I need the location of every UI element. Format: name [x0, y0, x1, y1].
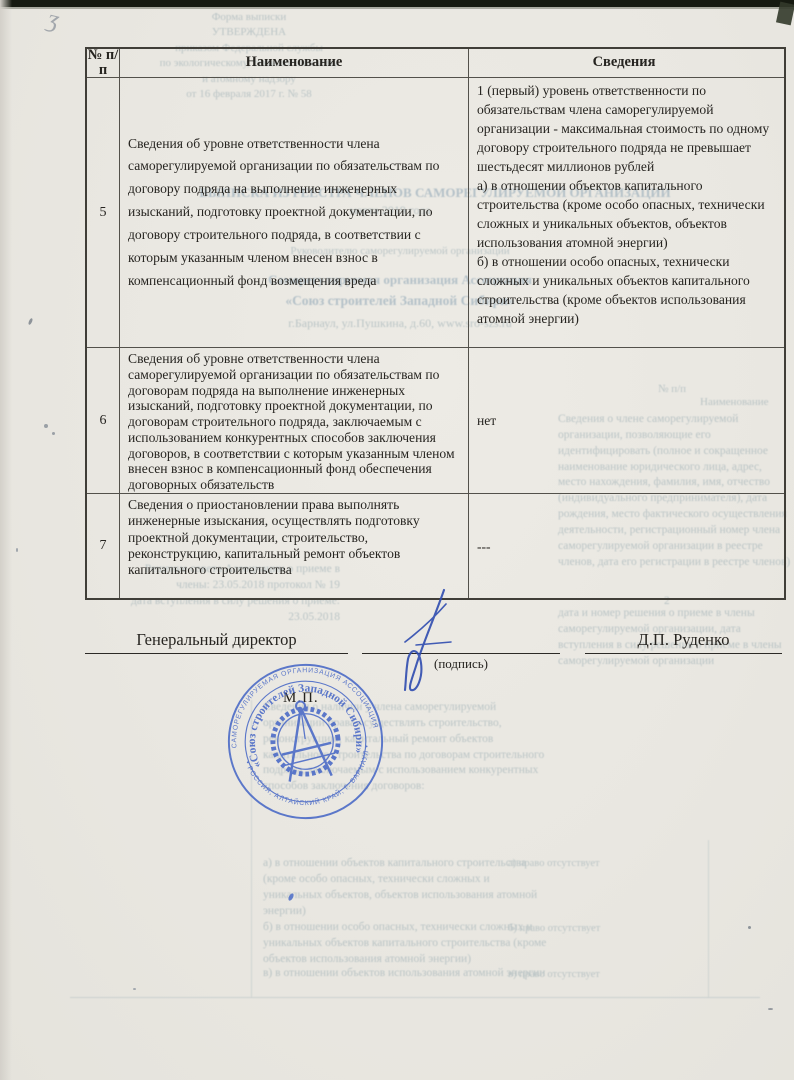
row-number: 6	[87, 348, 120, 494]
signature-rule-right	[585, 653, 782, 654]
stamp-gear-compass-emblem	[268, 697, 343, 783]
row-name: Сведения об уровне ответственности члена…	[120, 348, 469, 494]
header-num: № п/п	[87, 49, 120, 78]
scan-speck	[52, 432, 55, 435]
signature-rule-left	[85, 653, 348, 654]
header-info: Сведения	[469, 49, 784, 78]
bleed-item-a: а) в отношении объектов капитального стр…	[263, 856, 548, 919]
row-name: Сведения об уровне ответственности члена…	[120, 78, 469, 348]
scan-speck	[133, 988, 136, 990]
scan-speck	[16, 548, 18, 552]
row-info: 1 (первый) уровень ответственности по об…	[469, 78, 784, 348]
scan-corner-mark	[776, 2, 794, 26]
signatory-role: Генеральный директор	[85, 630, 348, 650]
registry-extract-table: № п/п Наименование Сведения 5 Сведения о…	[85, 47, 786, 600]
bleed-item-b-value: б) право отсутствует	[508, 923, 638, 934]
bleed-item-v-value: в) право отсутствует	[508, 969, 638, 980]
row-info: ---	[469, 494, 784, 598]
bleed-item-v: в) в отношении объектов использования ат…	[263, 966, 548, 982]
table-row: 5 Сведения об уровне ответственности чле…	[87, 78, 784, 348]
row-number: 5	[87, 78, 120, 348]
row-info: нет	[469, 348, 784, 494]
row-number: 7	[87, 494, 120, 598]
bleed-table-rule	[708, 840, 709, 997]
bleed-table-rule	[70, 997, 760, 998]
row-info-text: нет	[477, 413, 496, 429]
table-header-row: № п/п Наименование Сведения	[87, 49, 784, 78]
table-row: 6 Сведения об уровне ответственности чле…	[87, 348, 784, 494]
round-seal-stamp: САМОРЕГУЛИРУЕМАЯ ОРГАНИЗАЦИЯ АССОЦИАЦИЯ …	[224, 660, 387, 823]
scan-edge-bar-shadow	[0, 7, 794, 9]
handwritten-signature	[372, 582, 492, 697]
scan-speck	[748, 926, 751, 929]
signatory-name: Д.П. Руденко	[585, 630, 782, 650]
row-info-text: ---	[477, 539, 491, 555]
bleed-text: Форма выписки	[146, 10, 352, 25]
scanned-document-page: Форма выписки УТВЕРЖДЕНА приказом Федера…	[0, 0, 794, 1080]
scan-speck	[768, 1008, 773, 1010]
scan-edge-bar	[0, 0, 794, 7]
row-name-text: Сведения об уровне ответственности члена…	[128, 133, 460, 293]
bleed-text: УТВЕРЖДЕНА	[146, 25, 352, 40]
bleed-item-a-value: а) право отсутствует	[508, 858, 638, 869]
scan-speck	[44, 424, 48, 428]
scan-left-shadow	[0, 0, 12, 1080]
header-name: Наименование	[120, 49, 469, 78]
bleed-item-b: б) в отношении особо опасных, технически…	[263, 920, 548, 968]
